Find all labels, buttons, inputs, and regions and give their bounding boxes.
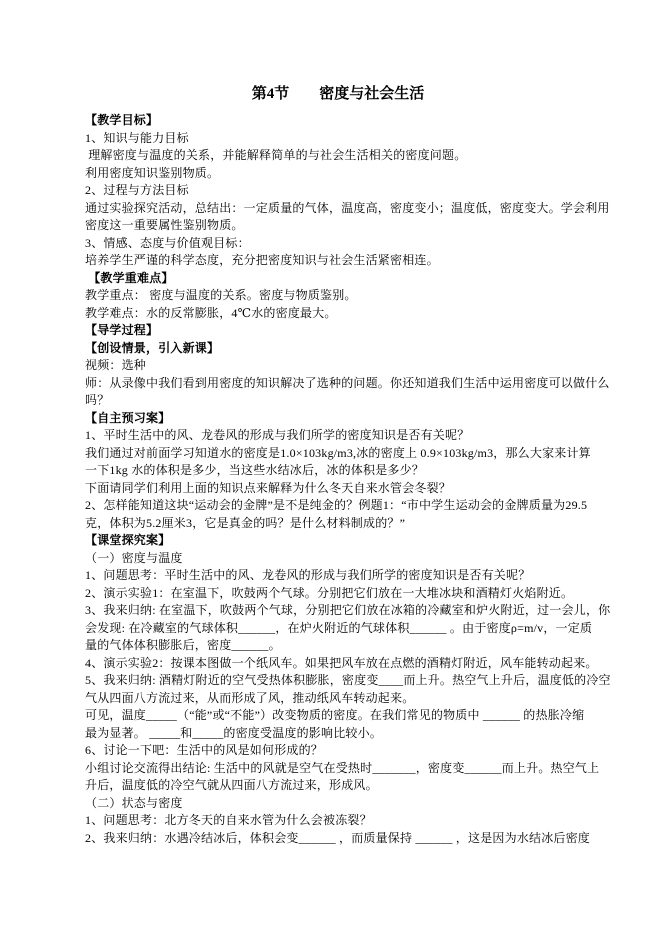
- document-line: 视频：选种: [85, 357, 591, 375]
- document-line: 2、怎样能知道这块“运动会的金牌”是不是纯金的？例题1：“市中学生运动会的金牌质…: [85, 497, 591, 515]
- document-body: 【教学目标】1、知识与能力目标 理解密度与温度的关系，并能解释简单的与社会生活相…: [85, 112, 591, 847]
- document-line: （一）密度与温度: [85, 550, 591, 568]
- document-line: 1、问题思考：平时生活中的风、龙卷风的形成与我们所学的密度知识是否有关呢？: [85, 567, 591, 585]
- document-line: 一下1kg 水的体积是多少，当这些水结冰后，冰的体积是多少？: [85, 462, 591, 480]
- document-line: 可见，温度_____（“能”或“不能”）改变物质的密度。在我们常见的物质中 __…: [85, 707, 591, 725]
- document-line: 利用密度知识鉴别物质。: [85, 165, 591, 183]
- document-page: 第4节 密度与社会生活 【教学目标】1、知识与能力目标 理解密度与温度的关系，并…: [0, 0, 661, 935]
- document-line: （二）状态与密度: [85, 795, 591, 813]
- document-line: 教学重点： 密度与温度的关系。密度与物质鉴别。: [85, 287, 591, 305]
- document-line: 【创设情景，引入新课】: [85, 340, 591, 358]
- document-line: 气从四面八方流过来，从而形成了风，推动纸风车转动起来。: [85, 690, 591, 708]
- document-line: 2、我来归纳：水遇冷结冰后，体积会变______ ，而质量保持 ______ ，…: [85, 830, 591, 848]
- document-line: 1、平时生活中的风、龙卷风的形成与我们所学的密度知识是否有关呢？: [85, 427, 591, 445]
- document-line: 教学难点：水的反常膨胀，4℃水的密度最大。: [85, 305, 591, 323]
- document-line: 6、讨论一下吧：生活中的风是如何形成的？: [85, 742, 591, 760]
- document-line: 小组讨论交流得出结论: 生活中的风就是空气在受热时_______，密度变____…: [85, 760, 591, 778]
- document-line: 克，体积为5.2厘米3，它是真金的吗？是什么材料制成的？”: [85, 515, 591, 533]
- document-line: 最为显著。 _____和_____的密度受温度的影响比较小。: [85, 725, 591, 743]
- document-line: 我们通过对前面学习知道水的密度是1.0×103kg/m3,冰的密度上 0.9×1…: [85, 445, 591, 463]
- document-line: 4、演示实验2：按课本图做一个纸风车。如果把风车放在点燃的酒精灯附近，风车能转动…: [85, 655, 591, 673]
- document-line: 【导学过程】: [85, 322, 591, 340]
- document-line: 培养学生严谨的科学态度，充分把密度知识与社会生活紧密相连。: [85, 252, 591, 270]
- document-line: 【自主预习案】: [85, 410, 591, 428]
- document-line: 升后，温度低的冷空气就从四面八方流过来，形成风。: [85, 777, 591, 795]
- document-line: 2、过程与方法目标: [85, 182, 591, 200]
- document-line: 下面请同学们利用上面的知识点来解释为什么冬天自来水管会冬裂？: [85, 480, 591, 498]
- document-line: 吗？: [85, 392, 591, 410]
- document-line: 5、我来归纳: 酒精灯附近的空气受热体积膨胀，密度变____而上升。热空气上升后…: [85, 672, 591, 690]
- document-line: 理解密度与温度的关系，并能解释简单的与社会生活相关的密度问题。: [85, 147, 591, 165]
- document-line: 【教学重难点】: [85, 270, 591, 288]
- document-line: 2、演示实验1：在室温下，吹鼓两个气球。分别把它们放在一大堆冰块和酒精灯火焰附近…: [85, 585, 591, 603]
- document-line: 【教学目标】: [85, 112, 591, 130]
- document-line: 密度这一重要属性鉴别物质。: [85, 217, 591, 235]
- page-title: 第4节 密度与社会生活: [85, 84, 591, 105]
- document-line: 3、我来归纳: 在室温下，吹鼓两个气球，分别把它们放在冰箱的冷藏室和炉火附近，过…: [85, 602, 591, 620]
- document-line: 1、知识与能力目标: [85, 130, 591, 148]
- document-line: 量的气体体积膨胀后，密度______。: [85, 637, 591, 655]
- document-line: 1、问题思考：北方冬天的自来水管为什么会被冻裂？: [85, 812, 591, 830]
- document-line: 通过实验探究活动，总结出：一定质量的气体，温度高，密度变小；温度低，密度变大。学…: [85, 200, 591, 218]
- document-line: 师：从录像中我们看到用密度的知识解决了选种的问题。你还知道我们生活中运用密度可以…: [85, 375, 591, 393]
- document-line: 3、情感、态度与价值观目标：: [85, 235, 591, 253]
- document-line: 【课堂探究案】: [85, 532, 591, 550]
- document-line: 会发现: 在冷藏室的气球体积______，在炉火附近的气球体积______ 。由…: [85, 620, 591, 638]
